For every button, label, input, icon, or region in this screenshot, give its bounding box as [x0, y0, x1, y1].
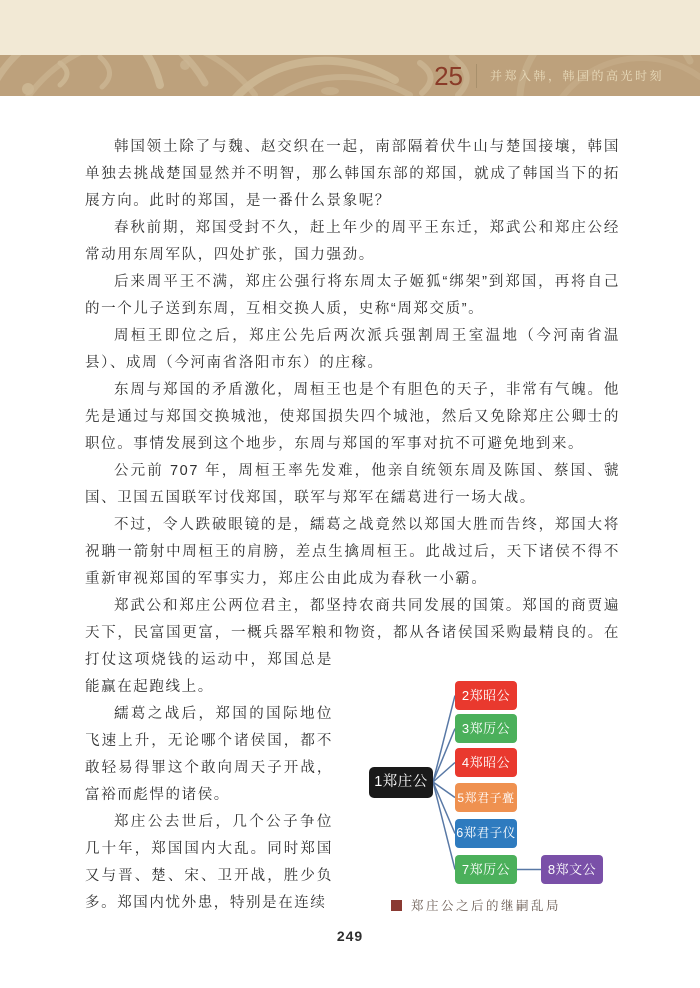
body-paragraph: 不过，令人跌破眼镜的是，繻葛之战竟然以郑国大胜而告终，郑国大将祝聃一箭射中周桓王… — [85, 512, 620, 593]
body-paragraph: 打仗这项烧钱的运动中，郑国总是能赢在起跑线上。 — [85, 647, 333, 701]
figure-caption-text: 郑庄公之后的继嗣乱局 — [411, 892, 561, 919]
caption-bullet-icon — [391, 900, 402, 911]
body-paragraph: 繻葛之战后，郑国的国际地位飞速上升，无论哪个诸侯国，都不敢轻易得罪这个敢向周天子… — [85, 701, 333, 809]
succession-box-zhuanggong: 1郑庄公 — [369, 767, 433, 798]
text-and-figure-row: 打仗这项烧钱的运动中，郑国总是能赢在起跑线上。 繻葛之战后，郑国的国际地位飞速上… — [85, 647, 620, 919]
succession-box-3: 3郑厉公 — [455, 714, 517, 743]
chapter-header-band: 25 并郑入韩，韩国的高光时刻 — [0, 55, 700, 96]
chapter-header: 25 并郑入韩，韩国的高光时刻 — [434, 55, 664, 96]
book-page: 25 并郑入韩，韩国的高光时刻 韩国领土除了与魏、赵交织在一起，南部隔着伏牛山与… — [0, 0, 700, 988]
succession-box-5: 5郑君子亹 — [455, 783, 517, 812]
succession-box-7: 7郑厉公 — [455, 855, 517, 884]
chapter-title: 并郑入韩，韩国的高光时刻 — [490, 67, 664, 84]
header-divider — [476, 64, 477, 88]
text-column-beside-figure: 打仗这项烧钱的运动中，郑国总是能赢在起跑线上。 繻葛之战后，郑国的国际地位飞速上… — [85, 647, 333, 919]
body-paragraph: 郑庄公去世后，几个公子争位几十年，郑国国内大乱。同时郑国又与晋、楚、宋、卫开战，… — [85, 809, 333, 917]
body-paragraph: 郑武公和郑庄公两位君主，都坚持农商共同发展的国策。郑国的商贾遍天下，民富国更富，… — [85, 593, 620, 647]
body-paragraph: 春秋前期，郑国受封不久，赶上年少的周平王东迁，郑武公和郑庄公经常动用东周军队，四… — [85, 215, 620, 269]
succession-box-2: 2郑昭公 — [455, 681, 517, 710]
succession-box-8: 8郑文公 — [541, 855, 603, 884]
body-text: 韩国领土除了与魏、赵交织在一起，南部隔着伏牛山与楚国接壤，韩国单独去挑战楚国显然… — [85, 134, 620, 919]
succession-box-4: 4郑昭公 — [455, 748, 517, 777]
figure-caption: 郑庄公之后的继嗣乱局 — [391, 892, 561, 919]
page-number: 249 — [0, 928, 700, 944]
body-paragraph: 东周与郑国的矛盾激化，周桓王也是个有胆色的天子，非常有气魄。他先是通过与郑国交换… — [85, 377, 620, 458]
chapter-number: 25 — [434, 63, 463, 89]
succession-diagram: 1郑庄公 2郑昭公 3郑厉公 4郑昭公 5郑君子亹 6郑君子仪 7郑厉公 8郑文… — [333, 647, 620, 919]
body-paragraph: 韩国领土除了与魏、赵交织在一起，南部隔着伏牛山与楚国接壤，韩国单独去挑战楚国显然… — [85, 134, 620, 215]
body-paragraph: 公元前 707 年，周桓王率先发难，他亲自统领东周及陈国、蔡国、虢国、卫国五国联… — [85, 458, 620, 512]
succession-box-6: 6郑君子仪 — [455, 819, 517, 848]
body-paragraph: 后来周平王不满，郑庄公强行将东周太子姬狐“绑架”到郑国，再将自己的一个儿子送到东… — [85, 269, 620, 323]
page-top-margin — [0, 0, 700, 55]
body-paragraph: 周桓王即位之后，郑庄公先后两次派兵强割周王室温地（今河南省温县）、成周（今河南省… — [85, 323, 620, 377]
